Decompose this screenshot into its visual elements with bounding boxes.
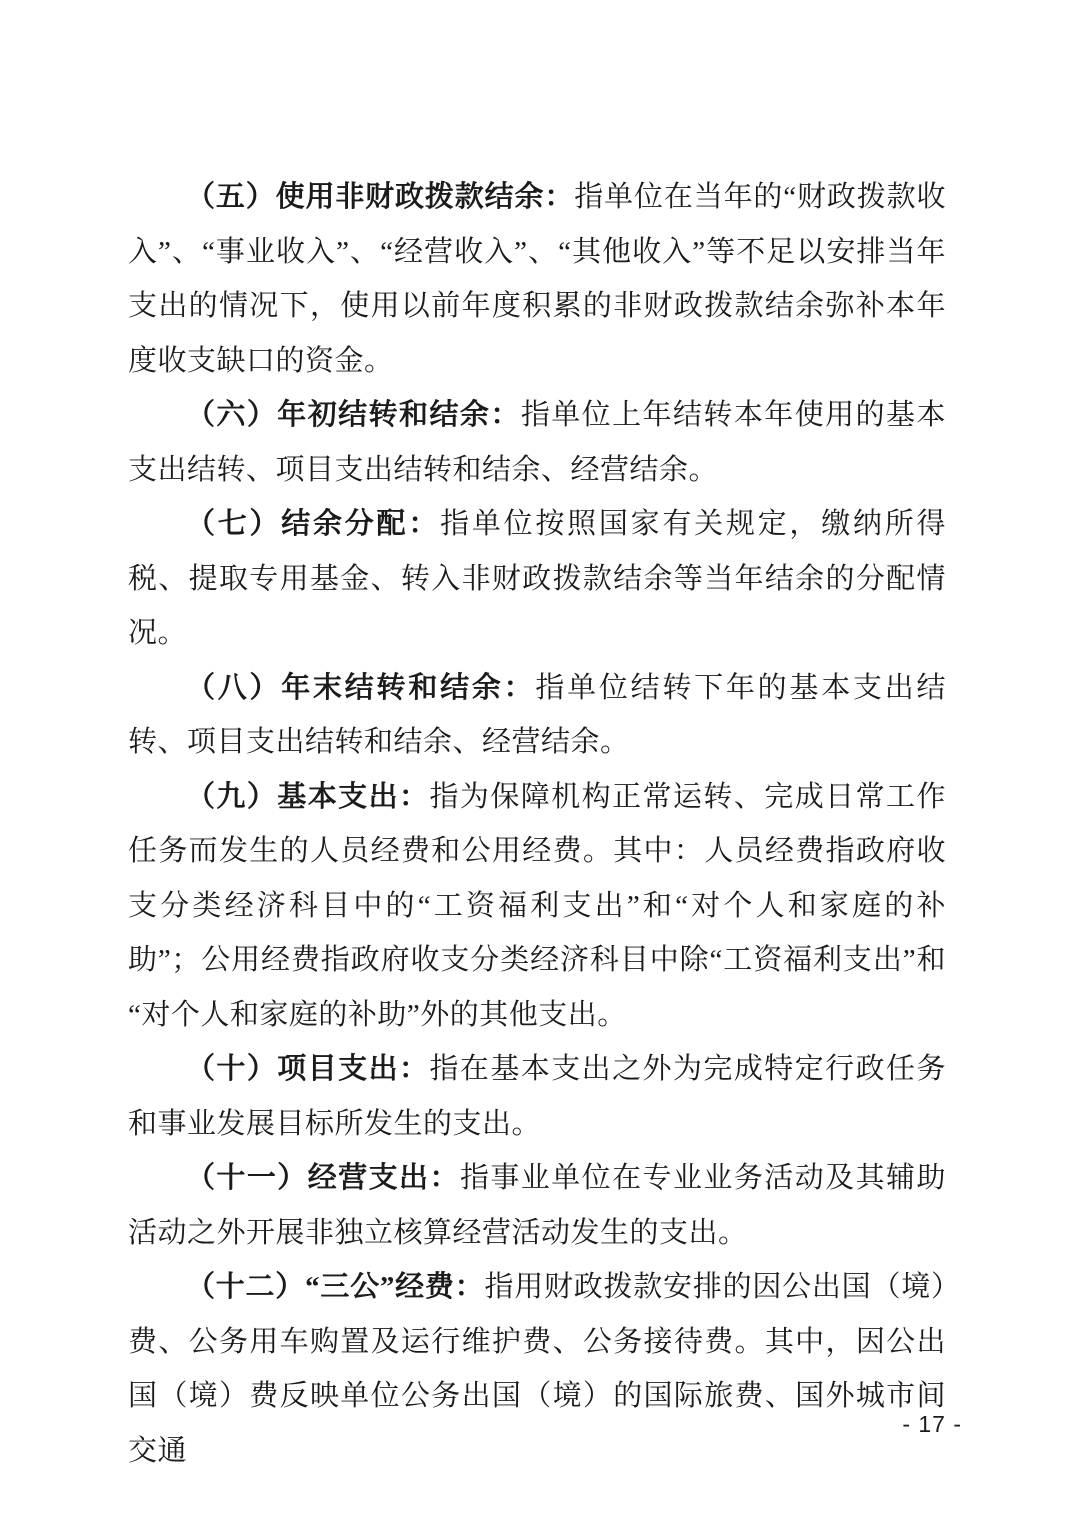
paragraph-heading: （九）基本支出： — [186, 781, 430, 813]
paragraph-item-7: （七）结余分配：指单位按照国家有关规定，缴纳所得税、提取专用基金、转入非财政拨款… — [128, 497, 946, 661]
paragraph-item-5: （五）使用非财政拨款结余：指单位在当年的“财政拨款收入”、“事业收入”、“经营收… — [128, 170, 946, 388]
paragraph-text: 指为保障机构正常运转、完成日常工作任务而发生的人员经费和公用经费。其中：人员经费… — [128, 781, 946, 1031]
paragraph-item-8: （八）年末结转和结余：指单位结转下年的基本支出结转、项目支出结转和结余、经营结余… — [128, 661, 946, 770]
paragraph-item-12: （十二）“三公”经费：指用财政拨款安排的因公出国（境）费、公务用车购置及运行维护… — [128, 1260, 946, 1478]
paragraph-heading: （五）使用非财政拨款结余： — [186, 181, 574, 213]
page-number: - 17 - — [902, 1411, 962, 1438]
paragraph-heading: （十一）经营支出： — [186, 1162, 460, 1194]
document-page: （五）使用非财政拨款结余：指单位在当年的“财政拨款收入”、“事业收入”、“经营收… — [0, 0, 1074, 1520]
paragraph-item-10: （十）项目支出：指在基本支出之外为完成特定行政任务和事业发展目标所发生的支出。 — [128, 1042, 946, 1151]
document-body: （五）使用非财政拨款结余：指单位在当年的“财政拨款收入”、“事业收入”、“经营收… — [128, 170, 946, 1478]
paragraph-heading: （十二）“三公”经费： — [186, 1271, 484, 1303]
paragraph-item-11: （十一）经营支出：指事业单位在专业业务活动及其辅助活动之外开展非独立核算经营活动… — [128, 1151, 946, 1260]
paragraph-heading: （八）年末结转和结余： — [186, 672, 535, 704]
paragraph-heading: （七）结余分配： — [186, 508, 440, 540]
paragraph-heading: （十）项目支出： — [186, 1053, 430, 1085]
paragraph-item-9: （九）基本支出：指为保障机构正常运转、完成日常工作任务而发生的人员经费和公用经费… — [128, 770, 946, 1043]
paragraph-item-6: （六）年初结转和结余：指单位上年结转本年使用的基本支出结转、项目支出结转和结余、… — [128, 388, 946, 497]
paragraph-heading: （六）年初结转和结余： — [186, 399, 521, 431]
